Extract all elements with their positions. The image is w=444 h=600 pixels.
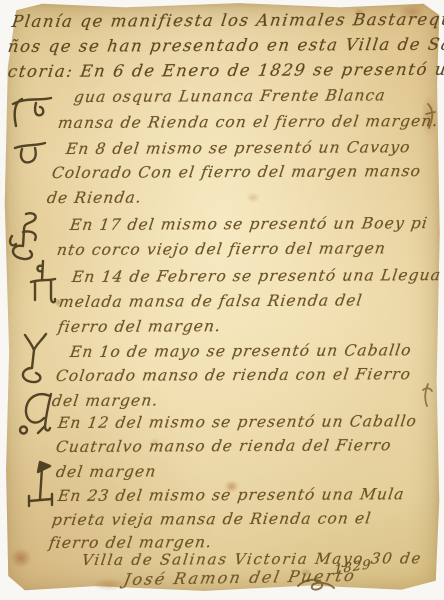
entry-line: fierro del margen.	[57, 317, 223, 336]
heading-line: Planía qe manifiesta los Animales Bastar…	[11, 10, 444, 31]
entry-line: melada mansa de falsa Rienda del	[58, 291, 364, 311]
place-date-line: Villa de Salinas Victoria Mayo 30 de	[81, 549, 424, 569]
manuscript-photo: Planía qe manifiesta los Animales Bastar…	[0, 0, 444, 600]
ink-flourish-icon	[420, 382, 434, 412]
entry-line: Colorado Con el fierro del margen manso	[51, 162, 423, 182]
heading-line: ños qe se han presentado en esta Villa d…	[7, 34, 444, 56]
fierro-brand-5-icon	[18, 332, 52, 394]
entry-line: En 12 del mismo se presentó un Caballo	[57, 412, 418, 432]
entry-line: En 1o de mayo se presentó un Caballo	[69, 341, 413, 361]
entry-line: del margen	[55, 462, 158, 481]
heading-line: ctoria: En 6 de Enero de 1829 se present…	[7, 59, 444, 81]
signature-rubric-icon	[296, 576, 336, 598]
entry-line: del margen.	[51, 391, 160, 410]
fierro-brand-7-icon	[25, 460, 55, 516]
ink-flourish-icon	[424, 102, 438, 134]
entry-line: mansa de Rienda con el fierro del margen…	[57, 112, 440, 132]
fierro-brand-1-icon	[10, 92, 54, 130]
fierro-brand-4-icon	[27, 258, 57, 310]
entry-line: Colorado manso de rienda con el Fierro	[55, 365, 413, 385]
fierro-brand-6-icon	[18, 388, 58, 442]
entry-line: fierro del margen.	[48, 533, 214, 552]
fierro-brand-2-icon	[13, 140, 47, 166]
entry-line: prieta vieja mansa de Rienda con el	[51, 509, 373, 529]
entry-line: Cuatralvo manso de rienda del Fierro	[55, 436, 393, 456]
entry-line: En 17 del mismo se presentó un Boey pi	[69, 214, 429, 234]
entry-line: nto corco viejo del fierro del margen	[56, 239, 387, 259]
entry-line: En 23 del mismo se presentó una Mula	[57, 485, 406, 505]
entry-line: En 8 del mismo se presentó un Cavayo	[65, 138, 412, 158]
entry-line: de Rienda.	[46, 189, 143, 207]
entry-line: En 14 de Febrero se presentó una Llegua	[71, 266, 443, 286]
entry-line: gua osqura Lunanca Frente Blanca	[73, 86, 387, 106]
